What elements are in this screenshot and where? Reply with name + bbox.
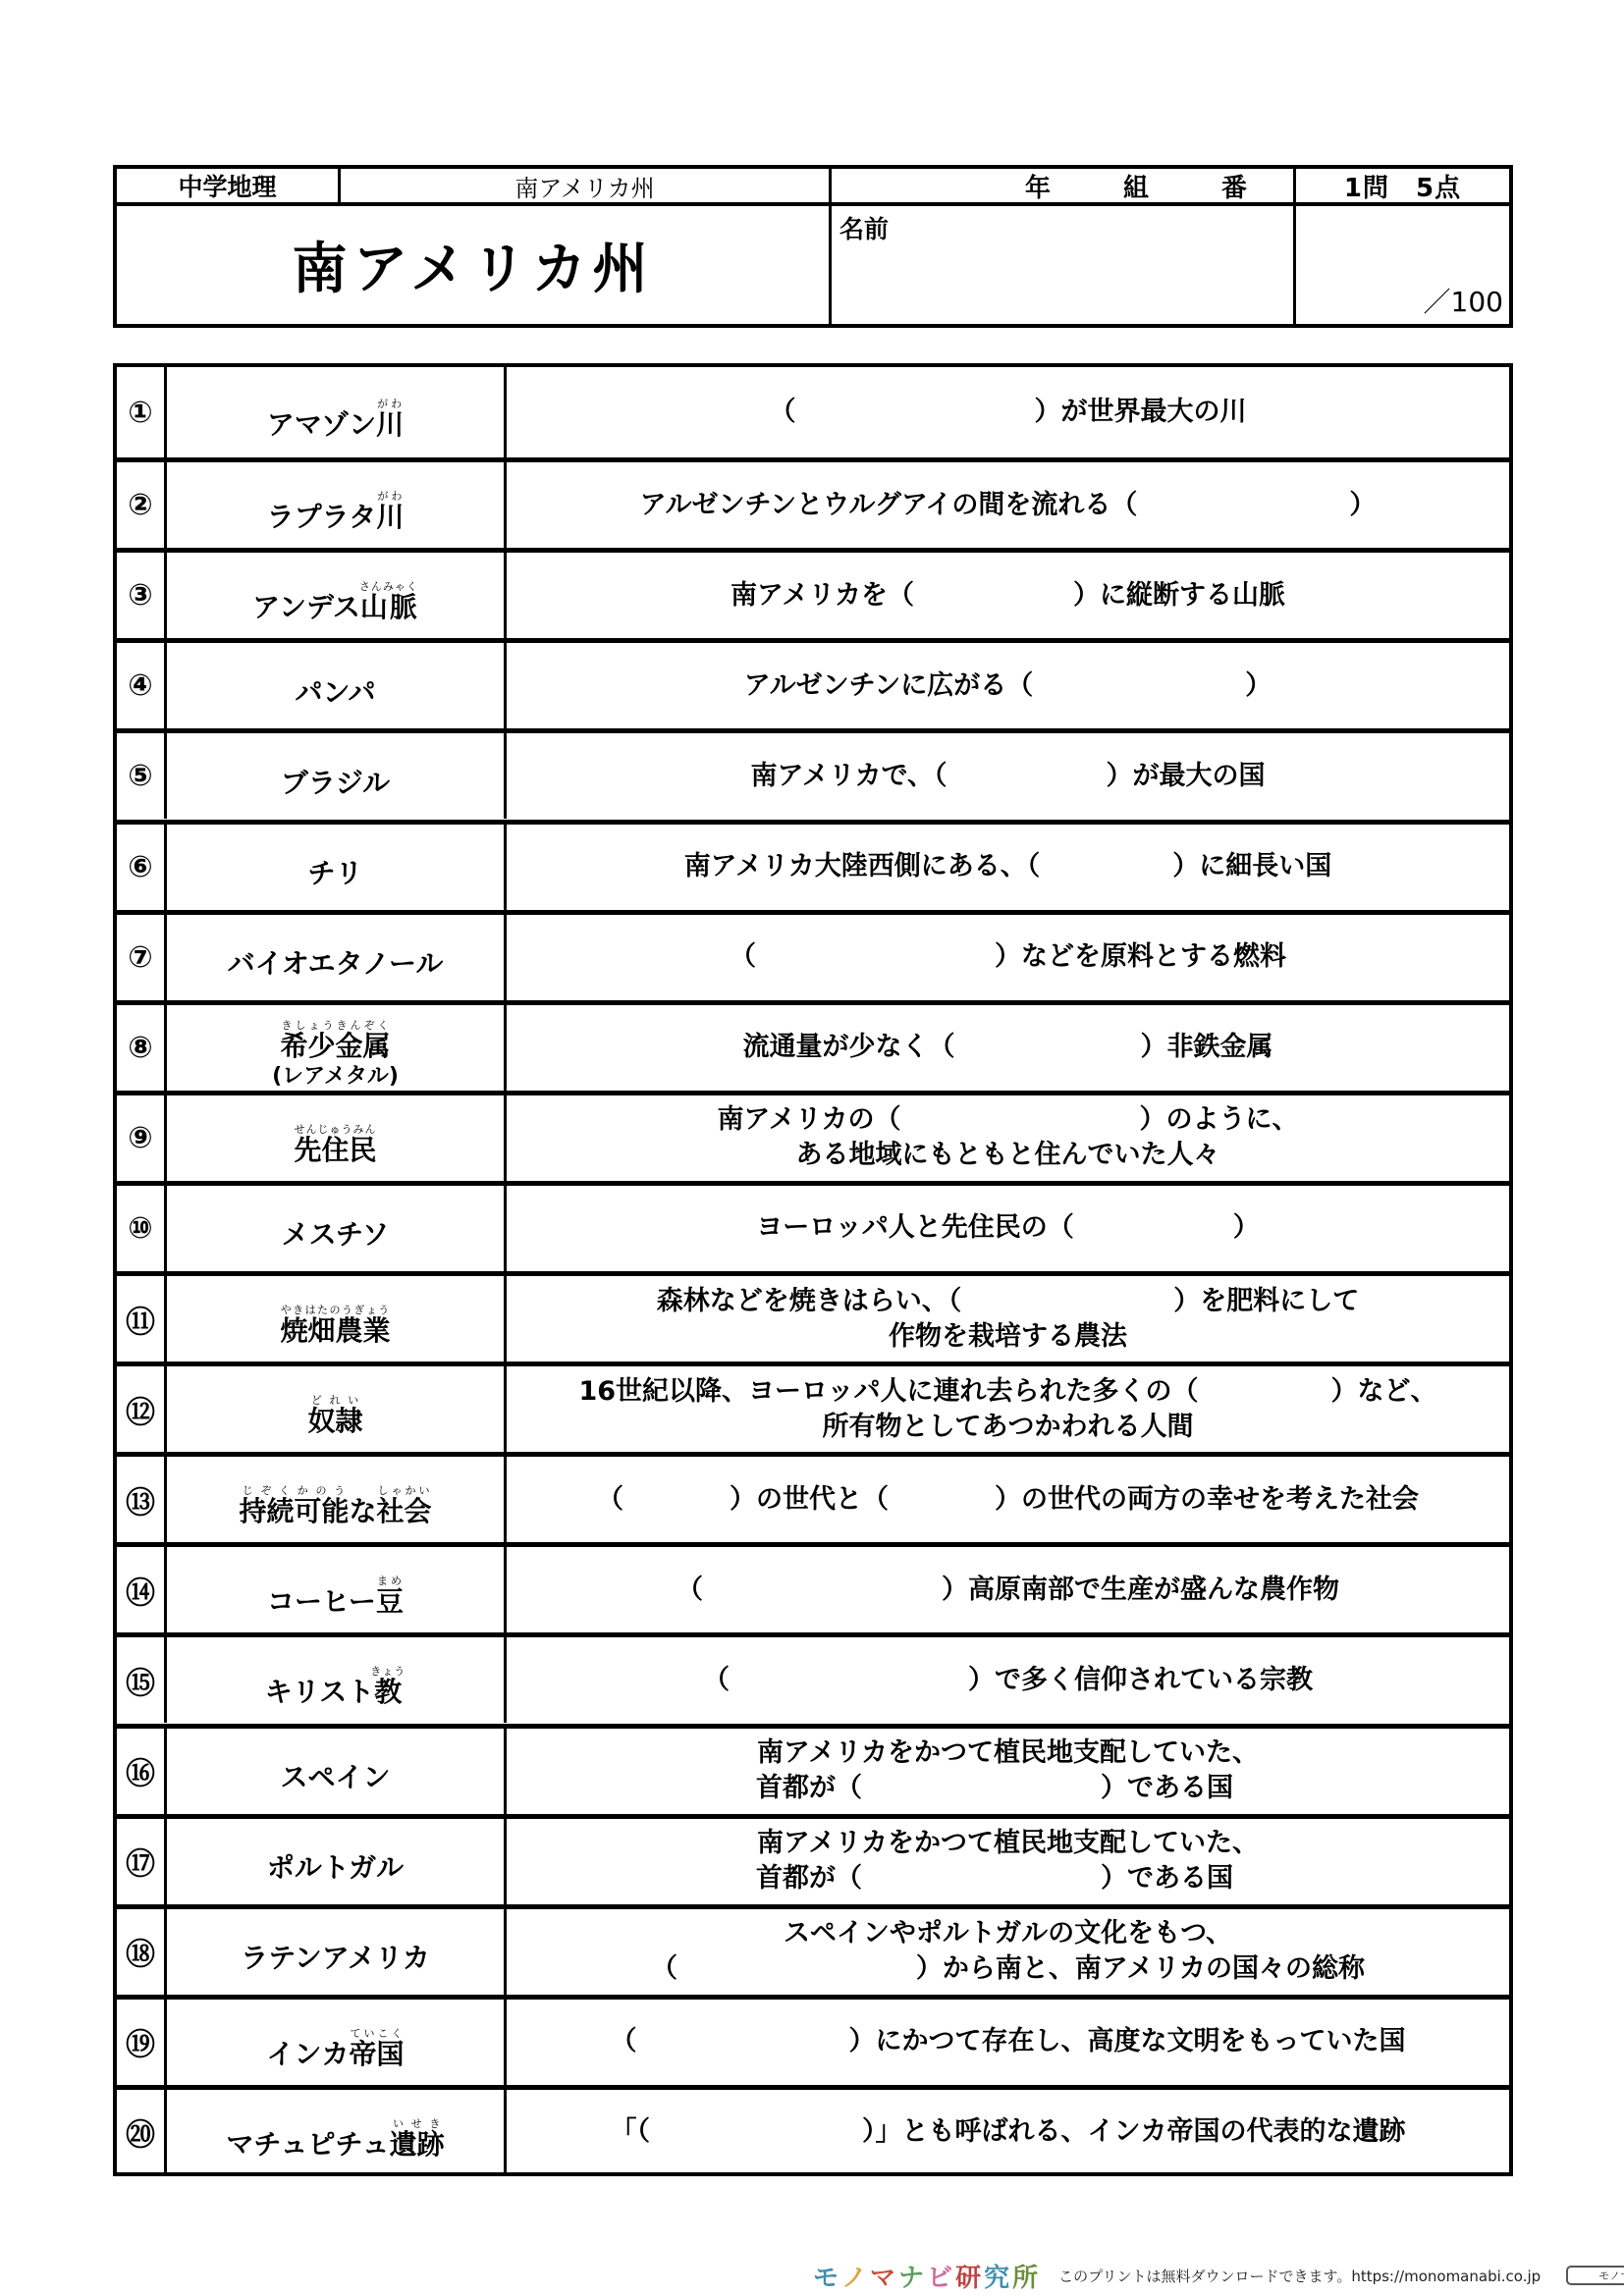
term-text: 遺跡 [390, 2128, 445, 2161]
description-line: 森林などを焼きはらい、（ ）を肥料にして [657, 1284, 1360, 1319]
furigana: せんじゅうみん [294, 1123, 376, 1136]
question-row: ⑰ポルトガル南アメリカをかつて植民地支配していた、首都が（ ）である国 [117, 1814, 1509, 1904]
furigana: さんみゃく [359, 580, 418, 593]
term-cell: チリ [167, 825, 507, 910]
question-number: ③ [117, 553, 167, 638]
term-label: ラテンアメリカ [241, 1942, 430, 1975]
question-number: ⑰ [117, 1819, 167, 1904]
term-cell: ラプラタ川がわ [167, 462, 507, 548]
score-field[interactable]: ／100 [1296, 206, 1509, 324]
name-label: 名前 [839, 215, 889, 243]
question-number: ⑮ [117, 1637, 167, 1723]
term-label: インカ帝国ていこく [266, 2027, 404, 2071]
question-number: ① [117, 367, 167, 457]
question-row: ⑤ブラジル南アメリカで、（ ）が最大の国 [117, 728, 1509, 819]
year-field-label: 年 [1025, 168, 1051, 204]
description-cell[interactable]: （ ）などを原料とする燃料 [507, 915, 1509, 1000]
question-number: ⑨ [117, 1095, 167, 1181]
description-cell[interactable]: 流通量が少なく（ ）非鉄金属 [507, 1005, 1509, 1091]
description-line: アルゼンチンとウルグアイの間を流れる（ ） [640, 488, 1377, 523]
question-row: ④パンパアルゼンチンに広がる（ ） [117, 638, 1509, 728]
question-row: ⑱ラテンアメリカスペインやポルトガルの文化をもつ、（ ）から南と、南アメリカの国… [117, 1904, 1509, 1995]
description-line: ある地域にもともと住んでいた人々 [796, 1138, 1220, 1173]
description-cell[interactable]: 森林などを焼きはらい、（ ）を肥料にして作物を栽培する農法 [507, 1276, 1509, 1362]
description-cell[interactable]: （ ）にかつて存在し、高度な文明をもっていた国 [507, 2000, 1509, 2085]
class-fields: 年 組 番 [832, 169, 1293, 202]
description-cell[interactable]: （ ）が世界最大の川 [507, 367, 1509, 457]
description-line: 南アメリカ大陸西側にある、（ ）に細長い国 [684, 849, 1332, 884]
term-cell: バイオエタノール [167, 915, 507, 1000]
furigana: やきはたのうぎょう [280, 1304, 390, 1316]
term-text: 希少金属 [280, 1030, 390, 1062]
term-text: 先住民 [294, 1134, 376, 1166]
term-label: コーヒー豆まめ [267, 1575, 404, 1619]
term-cell: インカ帝国ていこく [167, 2000, 507, 2085]
logo-char: 所 [1012, 2258, 1039, 2294]
term-cell: アマゾン川がわ [167, 367, 507, 457]
score-total: ／100 [1424, 281, 1503, 320]
term-text: 川 [376, 408, 404, 441]
question-row: ⑯スペイン南アメリカをかつて植民地支配していた、首都が（ ）である国 [117, 1724, 1509, 1814]
worksheet-header: 中学地理 南アメリカ州 年 組 番 1問 5点 南アメリカ州 名前 ／100 [113, 165, 1513, 328]
furigana: がわ [376, 490, 404, 503]
description-line: 首都が（ ）である国 [756, 1771, 1260, 1806]
logo-char: 研 [955, 2258, 982, 2294]
number-field-label: 番 [1221, 168, 1247, 204]
question-number: ⑩ [117, 1186, 167, 1271]
furigana: ていこく [350, 2027, 405, 2040]
subject-label: 中学地理 [117, 169, 338, 202]
question-row: ⑳マチュピチュ遺跡いせき「（ ）」とも呼ばれる、インカ帝国の代表的な遺跡 [117, 2085, 1509, 2175]
question-number: ② [117, 462, 167, 548]
description-line: 南アメリカで、（ ）が最大の国 [750, 759, 1265, 794]
question-row: ⑧希少金属きしょうきんぞく(レアメタル)流通量が少なく（ ）非鉄金属 [117, 1000, 1509, 1091]
term-text: 川 [376, 501, 404, 533]
points-per-question: 1問 5点 [1296, 169, 1509, 202]
description-line: （ ）の世代と（ ）の世代の両方の幸せを考えた社会 [597, 1482, 1419, 1518]
term-cell: アンデス山脈さんみゃく [167, 553, 507, 638]
term-text: 持続可能 [239, 1495, 349, 1527]
description-cell[interactable]: アルゼンチンに広がる（ ） [507, 643, 1509, 728]
question-number: ⑪ [117, 1276, 167, 1362]
term-label: キリスト教きょう [265, 1665, 406, 1709]
description-line: 流通量が少なく（ ）非鉄金属 [743, 1030, 1273, 1065]
term-label: アンデス山脈さんみゃく [252, 580, 418, 624]
page-title: 南アメリカ州 [117, 206, 829, 324]
description-line: 南アメリカを（ ）に縦断する山脈 [731, 578, 1285, 614]
term-text: な [349, 1495, 376, 1527]
term-cell: ポルトガル [167, 1819, 507, 1904]
term-label: チリ [307, 857, 362, 890]
term-label: 持続可能じぞくかのうな社会しゃかい [239, 1484, 431, 1528]
term-label: ポルトガル [267, 1851, 404, 1885]
question-number: ⑯ [117, 1729, 167, 1814]
question-number: ⑳ [117, 2090, 167, 2175]
term-cell: マチュピチュ遺跡いせき [167, 2090, 507, 2175]
question-number: ⑲ [117, 2000, 167, 2085]
description-cell[interactable]: （ ）の世代と（ ）の世代の両方の幸せを考えた社会 [507, 1457, 1509, 1542]
furigana: きしょうきんぞく [280, 1019, 390, 1032]
footer: モノマナビ研究所 このプリントは無料ダウンロードできます。https://mon… [813, 2258, 1624, 2293]
term-text: 焼畑農業 [280, 1314, 390, 1347]
furigana: どれい [307, 1394, 362, 1407]
term-label: バイオエタノール [228, 947, 444, 981]
description-cell[interactable]: 南アメリカをかつて植民地支配していた、首都が（ ）である国 [507, 1729, 1509, 1814]
description-line: （ ）などを原料とする燃料 [730, 939, 1286, 975]
question-row: ⑭コーヒー豆まめ（ ）高原南部で生産が盛んな農作物 [117, 1542, 1509, 1632]
furigana: まめ [376, 1575, 404, 1587]
description-line: 首都が（ ）である国 [756, 1861, 1260, 1896]
term-cell: パンパ [167, 643, 507, 728]
description-line: （ ）から南と、南アメリカの国々の総称 [651, 1951, 1365, 1987]
question-row: ⑬持続可能じぞくかのうな社会しゃかい（ ）の世代と（ ）の世代の両方の幸せを考え… [117, 1452, 1509, 1542]
question-number: ⑦ [117, 915, 167, 1000]
furigana: いせき [390, 2117, 445, 2130]
term-label: 奴隷どれい [307, 1394, 362, 1438]
question-row: ⑮キリスト教きょう（ ）で多く信仰されている宗教 [117, 1632, 1509, 1723]
term-cell: 希少金属きしょうきんぞく(レアメタル) [167, 1005, 507, 1091]
term-label: パンパ [295, 676, 375, 710]
term-cell: 先住民せんじゅうみん [167, 1095, 507, 1181]
term-alias: (レアメタル) [272, 1063, 399, 1091]
term-label: スペイン [280, 1761, 390, 1794]
description-cell[interactable]: 南アメリカで、（ ）が最大の国 [507, 733, 1509, 819]
question-number: ⑫ [117, 1366, 167, 1452]
term-text: インカ [266, 2038, 349, 2070]
term-label: 焼畑農業やきはたのうぎょう [280, 1304, 390, 1348]
description-cell[interactable]: 南アメリカを（ ）に縦断する山脈 [507, 553, 1509, 638]
furigana: がわ [376, 398, 404, 410]
term-label: 希少金属きしょうきんぞく [280, 1019, 390, 1063]
term-text: 奴隷 [307, 1405, 362, 1437]
description-line: （ ）にかつて存在し、高度な文明をもっていた国 [611, 2024, 1406, 2059]
question-number: ⑧ [117, 1005, 167, 1091]
question-number: ⑭ [117, 1547, 167, 1632]
logo-char: モ [813, 2258, 839, 2294]
term-label: ブラジル [281, 767, 390, 800]
furigana: しゃかい [377, 1484, 432, 1497]
description-cell[interactable]: （ ）で多く信仰されている宗教 [507, 1637, 1509, 1723]
question-row: ⑥チリ南アメリカ大陸西側にある、（ ）に細長い国 [117, 820, 1509, 910]
term-cell: メスチソ [167, 1186, 507, 1271]
description-line: 所有物としてあつかわれる人間 [823, 1410, 1194, 1445]
description-line: 南アメリカの（ ）のように、 [717, 1102, 1298, 1138]
term-text: コーヒー [267, 1585, 376, 1618]
description-cell[interactable]: スペインやポルトガルの文化をもつ、（ ）から南と、南アメリカの国々の総称 [507, 1909, 1509, 1995]
term-text: 豆 [376, 1585, 404, 1618]
term-cell: ブラジル [167, 733, 507, 819]
description-line: （ ）で多く信仰されている宗教 [703, 1663, 1313, 1698]
question-number: ⑱ [117, 1909, 167, 1995]
description-line: （ ）が世界最大の川 [770, 395, 1247, 430]
description-line: （ ）高原南部で生産が盛んな農作物 [677, 1573, 1339, 1608]
term-label: マチュピチュ遺跡いせき [226, 2117, 444, 2162]
description-line: 南アメリカをかつて植民地支配していた、 [757, 1826, 1259, 1861]
description-cell[interactable]: ヨーロッパ人と先住民の（ ） [507, 1186, 1509, 1271]
term-cell: スペイン [167, 1729, 507, 1814]
logo-char: ビ [927, 2258, 953, 2294]
description-cell[interactable]: 「（ ）」とも呼ばれる、インカ帝国の代表的な遺跡 [507, 2090, 1509, 2175]
question-table: ①アマゾン川がわ（ ）が世界最大の川②ラプラタ川がわアルゼンチンとウルグアイの間… [113, 363, 1513, 2176]
term-text: 教 [370, 1676, 406, 1708]
term-cell: 持続可能じぞくかのうな社会しゃかい [167, 1457, 507, 1542]
question-number: ⑥ [117, 825, 167, 910]
description-cell[interactable]: （ ）高原南部で生産が盛んな農作物 [507, 1547, 1509, 1632]
term-cell: キリスト教きょう [167, 1637, 507, 1723]
question-row: ⑩メスチソヨーロッパ人と先住民の（ ） [117, 1181, 1509, 1271]
term-label: 先住民せんじゅうみん [294, 1123, 376, 1167]
question-row: ⑪焼畑農業やきはたのうぎょう森林などを焼きはらい、（ ）を肥料にして作物を栽培す… [117, 1271, 1509, 1362]
question-number: ⑤ [117, 733, 167, 819]
question-number: ⑬ [117, 1457, 167, 1542]
term-cell: 奴隷どれい [167, 1366, 507, 1452]
question-row: ⑫奴隷どれい16世紀以降、ヨーロッパ人に連れ去られた多くの（ ）など、所有物とし… [117, 1362, 1509, 1452]
question-row: ⑦バイオエタノール（ ）などを原料とする燃料 [117, 910, 1509, 1000]
question-row: ①アマゾン川がわ（ ）が世界最大の川 [117, 367, 1509, 457]
term-text: アンデス [252, 591, 360, 623]
question-row: ⑲インカ帝国ていこく（ ）にかつて存在し、高度な文明をもっていた国 [117, 1995, 1509, 2085]
logo-char: 究 [984, 2258, 1010, 2294]
description-cell[interactable]: 南アメリカ大陸西側にある、（ ）に細長い国 [507, 825, 1509, 910]
term-text: ラプラタ [267, 501, 377, 533]
description-line: 16世紀以降、ヨーロッパ人に連れ去られた多くの（ ）など、 [578, 1374, 1436, 1410]
name-field[interactable]: 名前 [832, 206, 1293, 324]
term-cell: 焼畑農業やきはたのうぎょう [167, 1276, 507, 1362]
description-line: ヨーロッパ人と先住民の（ ） [756, 1210, 1259, 1246]
term-cell: コーヒー豆まめ [167, 1547, 507, 1632]
logo-char: ノ [841, 2258, 868, 2294]
description-line: アルゼンチンに広がる（ ） [744, 668, 1272, 704]
term-label: ラプラタ川がわ [267, 490, 405, 534]
search-input[interactable]: モノマナビ研究所 [1566, 2266, 1624, 2285]
description-cell[interactable]: アルゼンチンとウルグアイの間を流れる（ ） [507, 462, 1509, 548]
term-label: アマゾン川がわ [267, 398, 404, 442]
question-row: ⑨先住民せんじゅうみん南アメリカの（ ）のように、ある地域にもともと住んでいた人… [117, 1091, 1509, 1181]
description-line: 南アメリカをかつて植民地支配していた、 [757, 1735, 1259, 1771]
description-line: スペインやポルトガルの文化をもつ、 [784, 1916, 1232, 1951]
download-notice: このプリントは無料ダウンロードできます。https://monomanabi.c… [1058, 2266, 1541, 2286]
unit-label: 南アメリカ州 [341, 169, 829, 202]
furigana: じぞくかのう [239, 1484, 349, 1497]
monomanabi-logo: モノマナビ研究所 [813, 2258, 1039, 2294]
furigana: きょう [370, 1665, 406, 1678]
question-row: ②ラプラタ川がわアルゼンチンとウルグアイの間を流れる（ ） [117, 457, 1509, 548]
term-text: 山脈 [359, 591, 418, 623]
term-text: 帝国 [350, 2038, 405, 2070]
term-text: マチュピチュ [226, 2128, 389, 2161]
term-cell: ラテンアメリカ [167, 1909, 507, 1995]
description-line: 作物を栽培する農法 [889, 1319, 1127, 1355]
question-row: ③アンデス山脈さんみゃく南アメリカを（ ）に縦断する山脈 [117, 548, 1509, 638]
term-label: メスチソ [282, 1218, 390, 1252]
term-text: 社会 [377, 1495, 432, 1527]
description-cell[interactable]: 南アメリカの（ ）のように、ある地域にもともと住んでいた人々 [507, 1095, 1509, 1181]
class-field-label: 組 [1123, 168, 1149, 204]
logo-char: ナ [898, 2258, 925, 2294]
term-text: アマゾン [267, 408, 376, 441]
logo-char: マ [870, 2258, 896, 2294]
question-number: ④ [117, 643, 167, 728]
description-cell[interactable]: 16世紀以降、ヨーロッパ人に連れ去られた多くの（ ）など、所有物としてあつかわれ… [507, 1366, 1509, 1452]
term-text: キリスト [265, 1676, 374, 1708]
description-cell[interactable]: 南アメリカをかつて植民地支配していた、首都が（ ）である国 [507, 1819, 1509, 1904]
description-line: 「（ ）」とも呼ばれる、インカ帝国の代表的な遺跡 [611, 2114, 1406, 2150]
